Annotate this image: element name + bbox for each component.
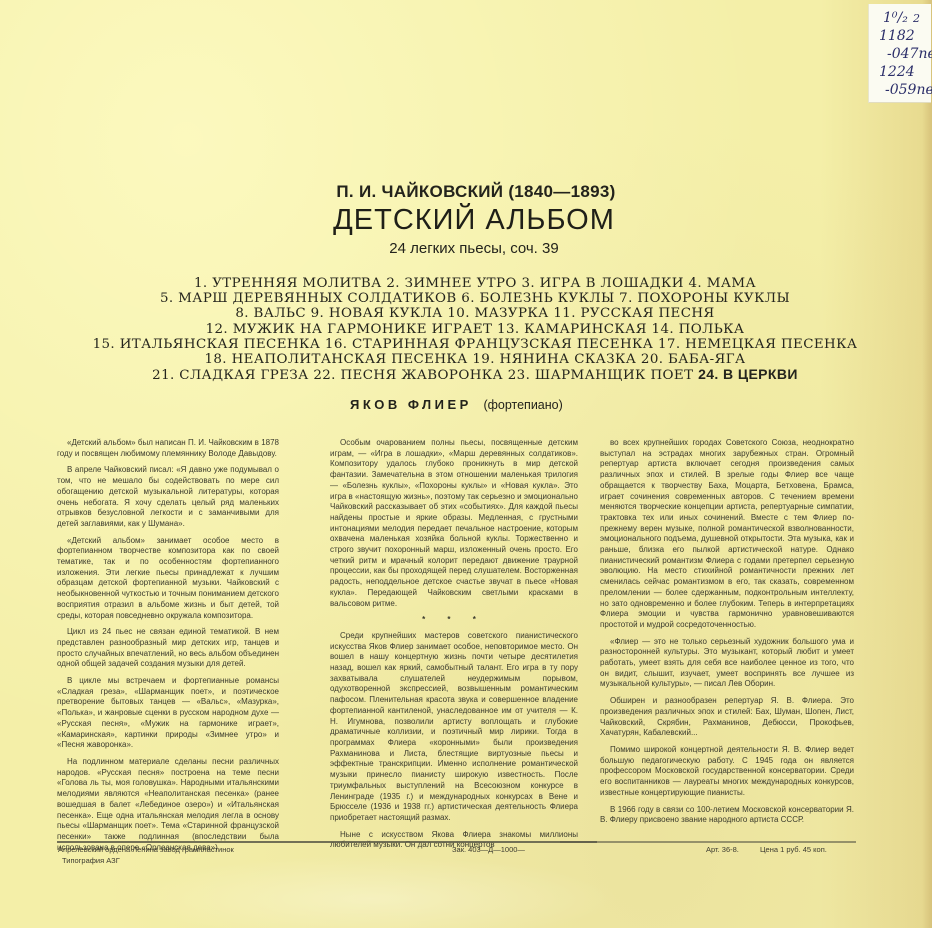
footer-divider xyxy=(57,841,597,843)
paragraph: В апреле Чайковский писал: «Я давно уже … xyxy=(57,465,279,529)
tracklist-row-end: 24. В церкви xyxy=(698,366,798,382)
printer-text: Типография АЗГ xyxy=(62,856,120,865)
paragraph: В 1966 году в связи со 100-летием Москов… xyxy=(600,805,854,826)
paragraph: «Флиер — это не только серьезный художни… xyxy=(600,637,854,691)
paper-wear-mark xyxy=(120,855,620,928)
article-number: Арт. 36-8. xyxy=(706,845,739,854)
tracklist: 1. Утренняя молитва 2. Зимнее утро 3. Иг… xyxy=(80,276,870,383)
paragraph: Среди крупнейших мастеров советского пиа… xyxy=(330,631,578,824)
tracklist-row: 1. Утренняя молитва 2. Зимнее утро 3. Иг… xyxy=(80,276,870,291)
tracklist-row: 21. Сладкая греза 22. Песня жаворонка 23… xyxy=(80,367,870,383)
liner-notes-column-3: во всех крупнейших городах Советского Со… xyxy=(600,438,854,832)
manufacturer-text: Апрелевский ордена Ленина завод грамплас… xyxy=(58,845,234,854)
paragraph: Особым очарованием полны пьесы, посвящен… xyxy=(330,438,578,609)
record-sleeve-back: 1⁰/₂ 2 1182 -047пв 1224 -059пв П. И. ЧАЙ… xyxy=(0,0,932,928)
liner-notes-column-1: «Детский альбом» был написан П. И. Чайко… xyxy=(57,438,279,859)
sticker-line: 1⁰/₂ xyxy=(883,10,908,27)
performer-name: ЯКОВ ФЛИЕР xyxy=(350,397,472,412)
paragraph: во всех крупнейших городах Советского Со… xyxy=(600,438,854,631)
tracklist-row: 15. Итальянская песенка 16. Старинная фр… xyxy=(80,337,870,352)
paragraph: Помимо широкой концертной деятельности Я… xyxy=(600,745,854,799)
section-separator: * * * xyxy=(330,615,578,626)
sleeve-edge-shading xyxy=(922,0,932,928)
performer-instrument: (фортепиано) xyxy=(483,398,562,412)
tracklist-row: 8. Вальс 9. Новая кукла 10. Мазурка 11. … xyxy=(80,306,870,321)
paragraph: Цикл из 24 пьес не связан единой тематик… xyxy=(57,627,279,670)
price-text: Цена 1 руб. 45 коп. xyxy=(760,845,827,854)
composer-heading: П. И. ЧАЙКОВСКИЙ (1840—1893) xyxy=(10,182,932,202)
sticker-line: 1182 xyxy=(879,28,915,45)
sticker-line: -059пв xyxy=(885,82,932,99)
sticker-line: 1224 xyxy=(879,64,915,81)
paragraph: Обширен и разнообразен репертуар Я. В. Ф… xyxy=(600,696,854,739)
tracklist-row: 18. Неаполитанская песенка 19. Нянина ск… xyxy=(80,352,870,367)
paragraph: На подлинном материале сделаны песни раз… xyxy=(57,757,279,853)
album-title: ДЕТСКИЙ АЛЬБОМ xyxy=(8,204,932,237)
sticker-line: -047пв xyxy=(887,46,932,63)
footer-divider xyxy=(560,841,856,843)
catalog-sticker: 1⁰/₂ 2 1182 -047пв 1224 -059пв xyxy=(868,4,931,103)
paragraph: В цикле мы встречаем и фортепианные рома… xyxy=(57,676,279,751)
paragraph: «Детский альбом» был написан П. И. Чайко… xyxy=(57,438,279,459)
liner-notes-column-2: Особым очарованием полны пьесы, посвящен… xyxy=(330,438,578,857)
sticker-line: 2 xyxy=(913,10,920,27)
tracklist-row-start: 21. Сладкая греза 22. Песня жаворонка 23… xyxy=(152,368,698,383)
paragraph: «Детский альбом» занимает особое место в… xyxy=(57,536,279,622)
performer-credit: ЯКОВ ФЛИЕР (фортепиано) xyxy=(350,397,563,412)
tracklist-row: 12. Мужик на гармонике играет 13. Камари… xyxy=(80,322,870,337)
album-subtitle: 24 легких пьесы, соч. 39 xyxy=(8,240,932,257)
order-number: Зак. 403—Д—1000— xyxy=(452,845,525,854)
tracklist-row: 5. Марш деревянных солдатиков 6. Болезнь… xyxy=(80,291,870,306)
